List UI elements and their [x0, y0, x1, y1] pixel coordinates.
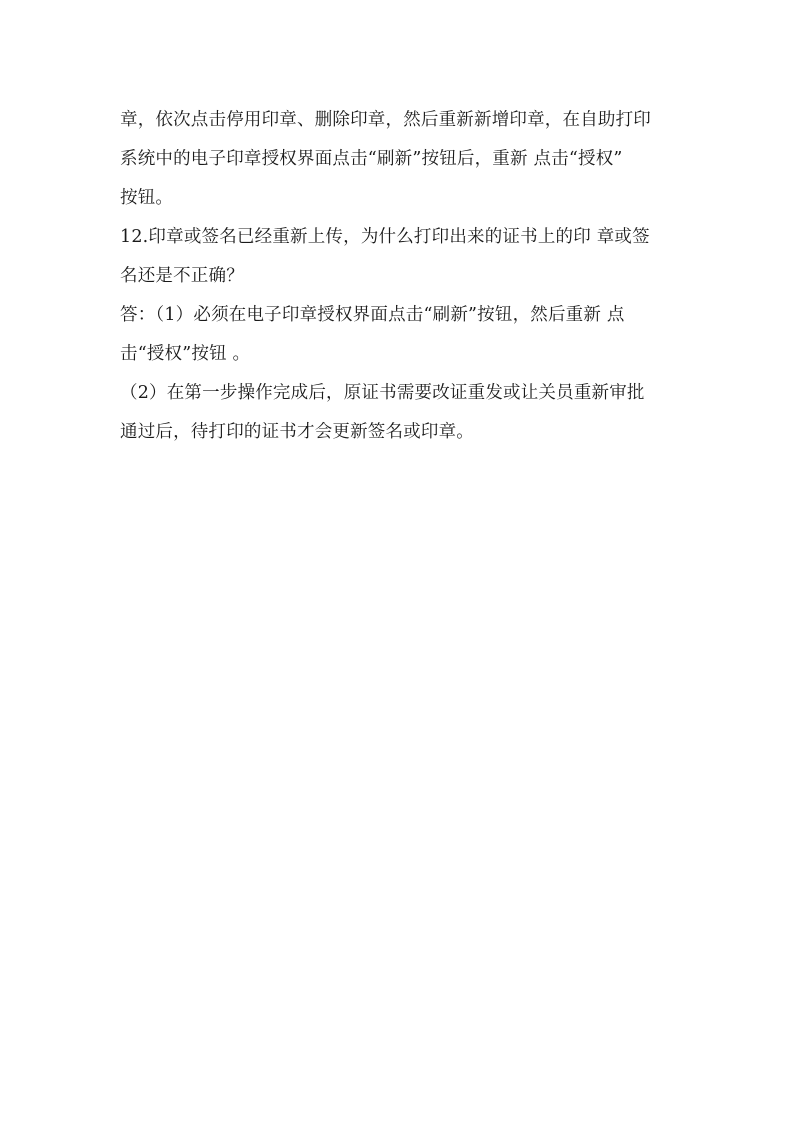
answer-12-part-2: （2）在第一步操作完成后，原证书需要改证重发或让关员重新审批 通过后，待打印的证… [120, 379, 680, 457]
paragraph-continuation: 章，依次点击停用印章、删除印章，然后重新新增印章，在自助打印 系统中的电子印章授… [120, 106, 680, 223]
answer-12-part-1: 答：（1）必须在电子印章授权界面点击“刷新”按钮，然后重新 点 击“授权”按钮 … [120, 301, 680, 379]
text-line: 系统中的电子印章授权界面点击“刷新”按钮后，重新 点击“授权” [120, 145, 680, 184]
text-line: 按钮。 [120, 184, 680, 223]
answer-line: 击“授权”按钮 。 [120, 340, 680, 379]
text-line: 章，依次点击停用印章、删除印章，然后重新新增印章，在自助打印 [120, 106, 680, 145]
document-body: 章，依次点击停用印章、删除印章，然后重新新增印章，在自助打印 系统中的电子印章授… [120, 106, 680, 457]
question-12: 12.印章或签名已经重新上传，为什么打印出来的证书上的印 章或签 名还是不正确？ [120, 223, 680, 301]
answer-line: 通过后，待打印的证书才会更新签名或印章。 [120, 418, 680, 457]
answer-line: （2）在第一步操作完成后，原证书需要改证重发或让关员重新审批 [120, 379, 680, 418]
question-line: 名还是不正确？ [120, 262, 680, 301]
document-page: 章，依次点击停用印章、删除印章，然后重新新增印章，在自助打印 系统中的电子印章授… [0, 0, 793, 1122]
question-line: 12.印章或签名已经重新上传，为什么打印出来的证书上的印 章或签 [120, 223, 680, 262]
answer-line: 答：（1）必须在电子印章授权界面点击“刷新”按钮，然后重新 点 [120, 301, 680, 340]
